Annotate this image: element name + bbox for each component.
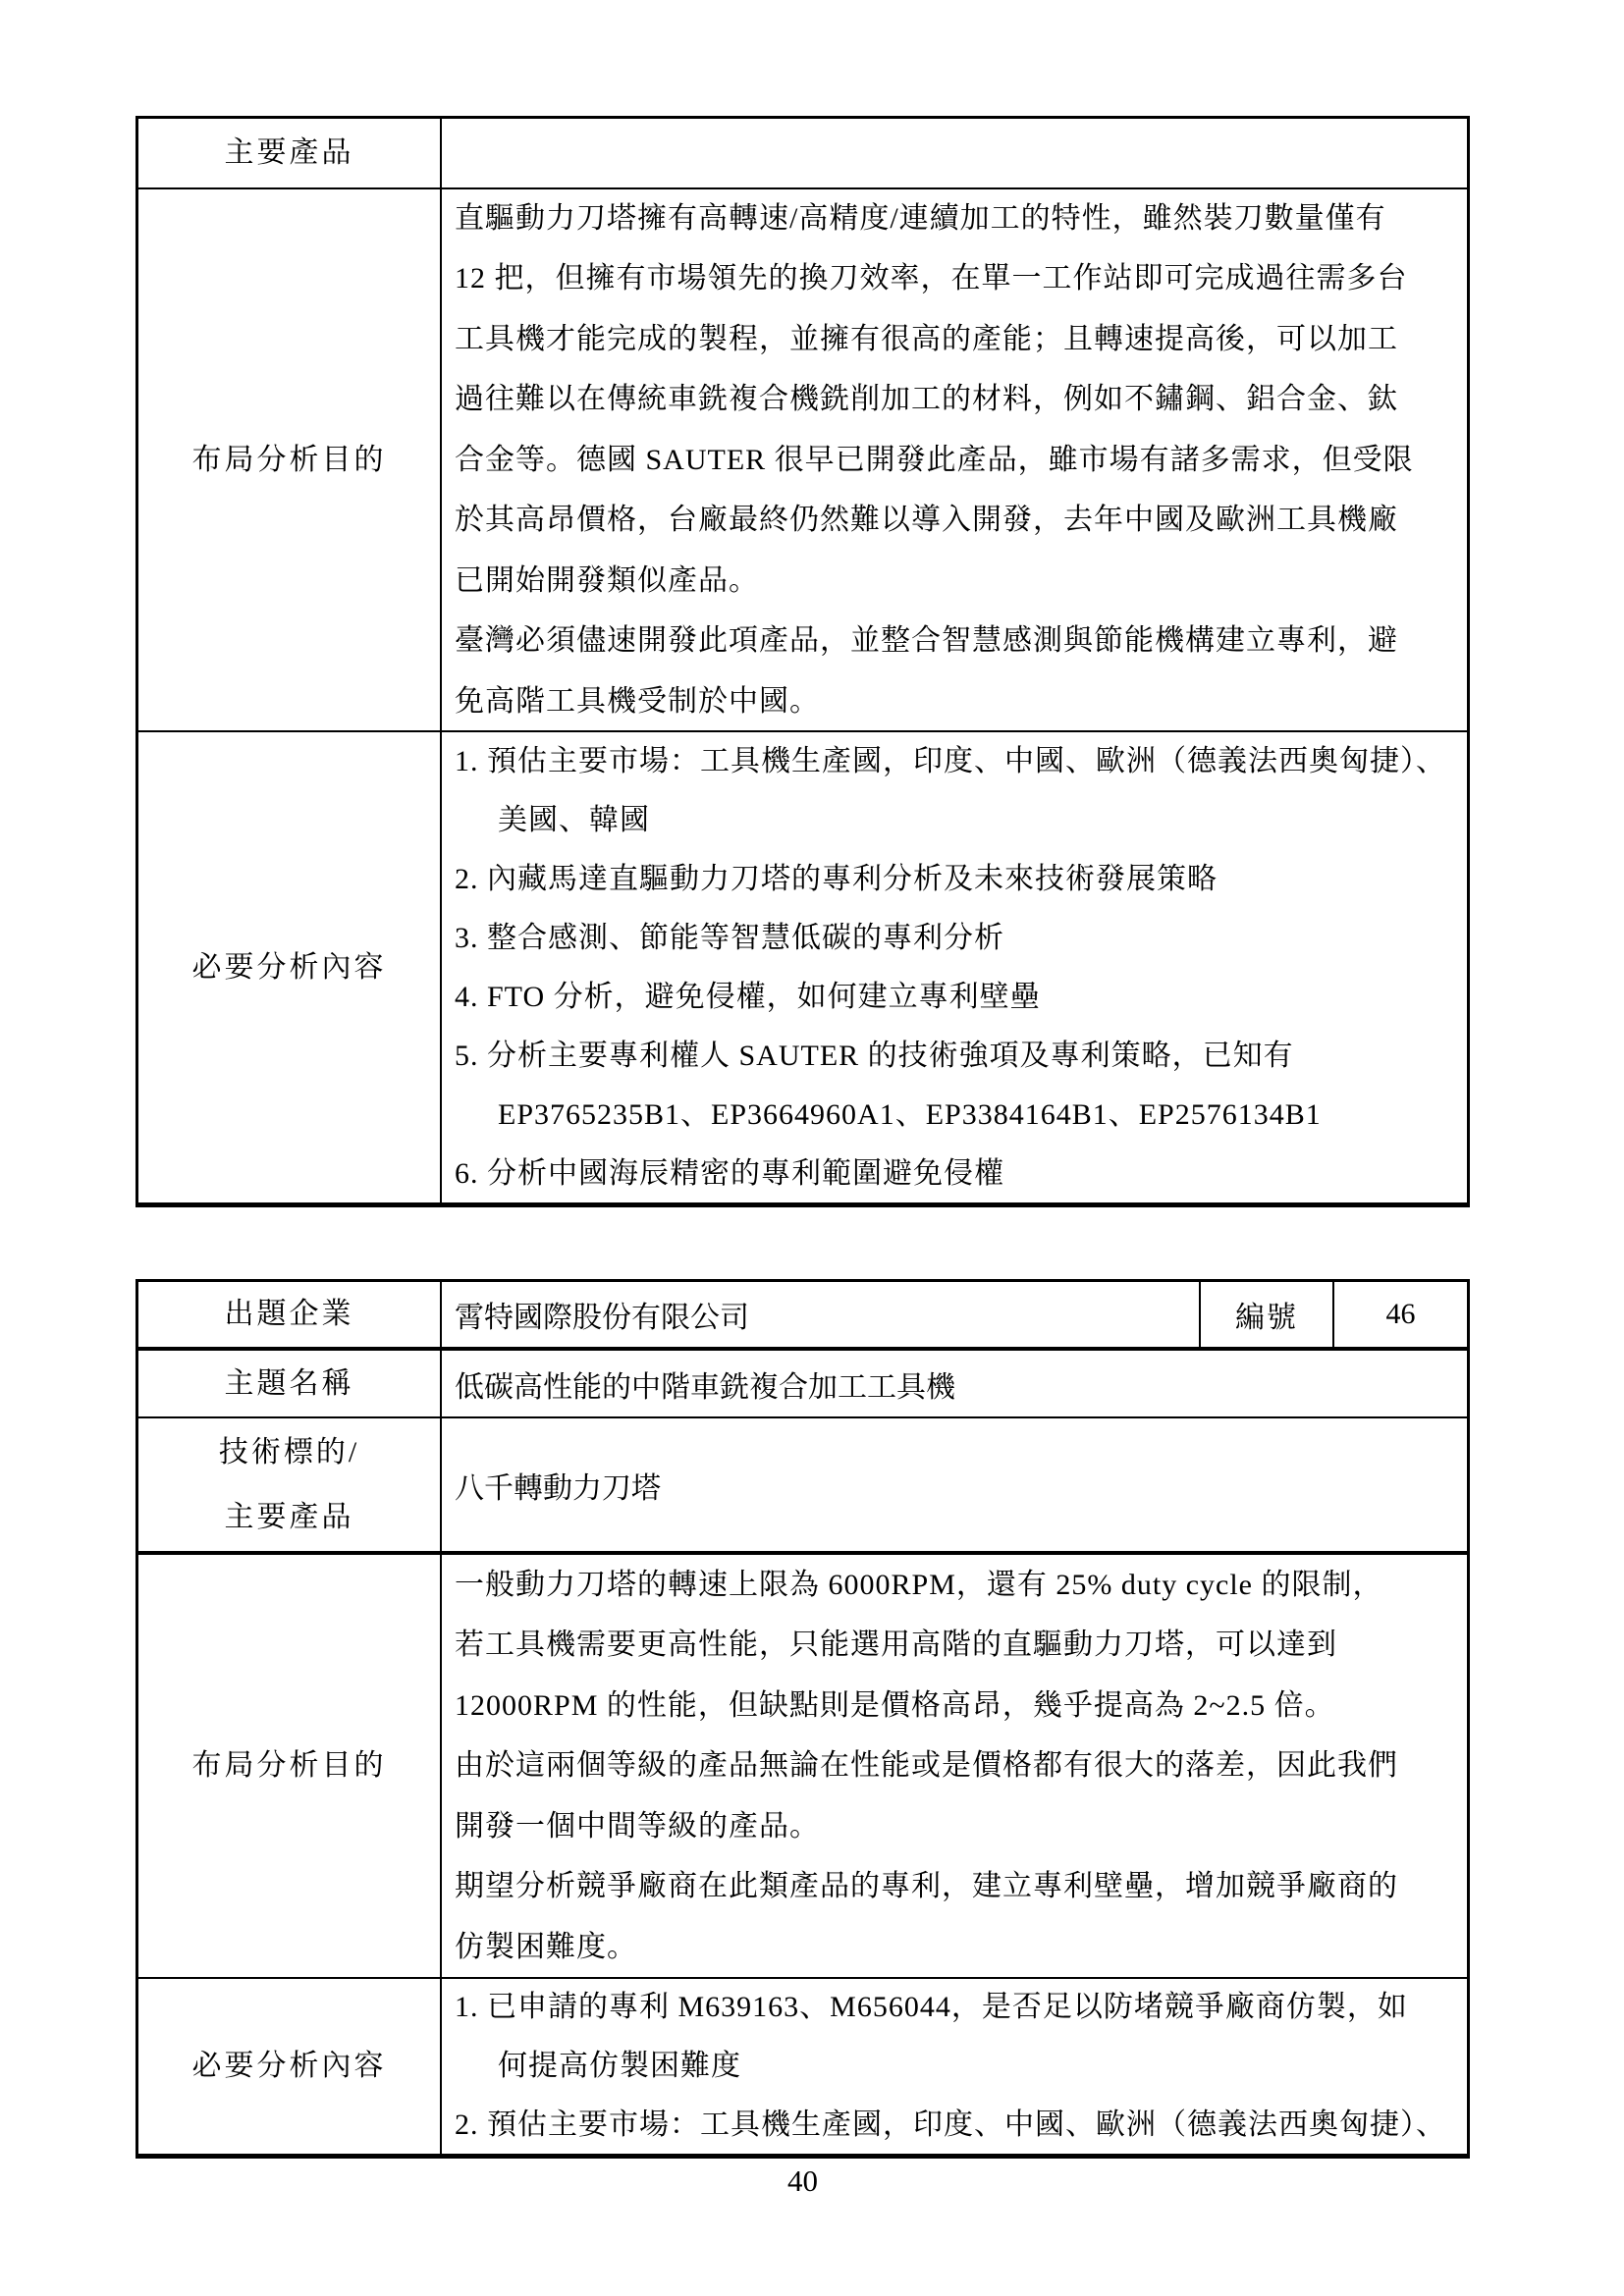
row-content-layout-purpose-2: 一般動力刀塔的轉速上限為 6000RPM，還有 25% duty cycle 的… bbox=[440, 1555, 1467, 1977]
table-row-layout-purpose-2: 布局分析目的 一般動力刀塔的轉速上限為 6000RPM，還有 25% duty … bbox=[138, 1551, 1467, 1977]
list-item: 2. 內藏馬達直驅動力刀塔的專利分析及未來技術發展策略 bbox=[455, 850, 1451, 909]
text-line: 過往難以在傳統車銑複合機銑削加工的材料，例如不鏽鋼、鋁合金、鈦 bbox=[455, 369, 1451, 430]
row-label-layout-purpose-2: 布局分析目的 bbox=[138, 1555, 440, 1977]
table-row-required-analysis: 必要分析內容 1. 預估主要市場：工具機生產國，印度、中國、歐洲（德義法西奧匈捷… bbox=[138, 730, 1467, 1202]
text-line: 工具機才能完成的製程，並擁有很高的產能；且轉速提高後，可以加工 bbox=[455, 309, 1451, 370]
list-item: 1. 已申請的專利 M639163、M656044，是否足以防堵競爭廠商仿製，如 bbox=[455, 1978, 1451, 2037]
text-line: 若工具機需要更高性能，只能選用高階的直驅動力刀塔，可以達到 bbox=[455, 1615, 1451, 1676]
page-number: 40 bbox=[135, 2163, 1470, 2199]
table-analysis-topic-46: 出題企業 霄特國際股份有限公司 編號 46 主題名稱 低碳高性能的中階車銑複合加… bbox=[135, 1279, 1470, 2159]
table-analysis-topic-45: 主要產品 布局分析目的 直驅動力刀塔擁有高轉速/高精度/連續加工的特性，雖然裝刀… bbox=[135, 116, 1470, 1207]
row-content-main-product bbox=[440, 119, 1467, 187]
list-item-continuation: 何提高仿製困難度 bbox=[455, 2037, 1451, 2096]
text-line: 開發一個中間等級的產品。 bbox=[455, 1796, 1451, 1857]
table-row-company: 出題企業 霄特國際股份有限公司 編號 46 bbox=[138, 1282, 1467, 1347]
table-row-theme: 主題名稱 低碳高性能的中階車銑複合加工工具機 bbox=[138, 1347, 1467, 1416]
serial-number-value: 46 bbox=[1332, 1282, 1467, 1347]
text-line: 臺灣必須儘速開發此項產品，並整合智慧感測與節能機構建立專利，避 bbox=[455, 611, 1451, 671]
text-line: 由於這兩個等級的產品無論在性能或是價格都有很大的落差，因此我們 bbox=[455, 1735, 1451, 1796]
list-item: 2. 預估主要市場：工具機生產國，印度、中國、歐洲（德義法西奧匈捷）、 bbox=[455, 2096, 1451, 2155]
text-line: 12 把，但擁有市場領先的換刀效率，在單一工作站即可完成過往需多台 bbox=[455, 248, 1451, 309]
list-item: 5. 分析主要專利權人 SAUTER 的技術強項及專利策略，已知有 bbox=[455, 1027, 1451, 1086]
row-content-required-analysis-2: 1. 已申請的專利 M639163、M656044，是否足以防堵競爭廠商仿製，如… bbox=[440, 1979, 1467, 2154]
text-line: 期望分析競爭廠商在此類產品的專利，建立專利壁壘，增加競爭廠商的 bbox=[455, 1856, 1451, 1917]
table-row-required-analysis-2: 必要分析內容 1. 已申請的專利 M639163、M656044，是否足以防堵競… bbox=[138, 1977, 1467, 2154]
row-content-required-analysis: 1. 預估主要市場：工具機生產國，印度、中國、歐洲（德義法西奧匈捷）、 美國、韓… bbox=[440, 732, 1467, 1202]
list-item: 3. 整合感測、節能等智慧低碳的專利分析 bbox=[455, 909, 1451, 968]
row-content-layout-purpose: 直驅動力刀塔擁有高轉速/高精度/連續加工的特性，雖然裝刀數量僅有 12 把，但擁… bbox=[440, 189, 1467, 730]
row-label-line: 技術標的/ bbox=[219, 1420, 359, 1485]
text-line: 合金等。德國 SAUTER 很早已開發此產品，雖市場有諸多需求，但受限 bbox=[455, 430, 1451, 491]
row-label-required-analysis: 必要分析內容 bbox=[138, 732, 440, 1202]
row-label-layout-purpose: 布局分析目的 bbox=[138, 189, 440, 730]
list-item: 1. 預估主要市場：工具機生產國，印度、中國、歐洲（德義法西奧匈捷）、 bbox=[455, 732, 1451, 791]
list-item: 4. FTO 分析，避免侵權，如何建立專利壁壘 bbox=[455, 968, 1451, 1027]
row-label-company: 出題企業 bbox=[138, 1282, 440, 1347]
row-label-required-analysis-2: 必要分析內容 bbox=[138, 1979, 440, 2154]
row-label-main-product: 主要產品 bbox=[138, 119, 440, 187]
text-line: 直驅動力刀塔擁有高轉速/高精度/連續加工的特性，雖然裝刀數量僅有 bbox=[455, 188, 1451, 249]
text-line: 12000RPM 的性能，但缺點則是價格高昂，幾乎提高為 2~2.5 倍。 bbox=[455, 1676, 1451, 1736]
table-row-tech-target: 技術標的/ 主要產品 八千轉動力刀塔 bbox=[138, 1416, 1467, 1551]
row-label-tech-target: 技術標的/ 主要產品 bbox=[138, 1418, 440, 1551]
text-line: 一般動力刀塔的轉速上限為 6000RPM，還有 25% duty cycle 的… bbox=[455, 1555, 1451, 1616]
row-label-line: 主要產品 bbox=[225, 1485, 354, 1550]
text-line: 已開始開發類似產品。 bbox=[455, 551, 1451, 612]
text-line: 免高階工具機受制於中國。 bbox=[455, 671, 1451, 732]
text-line: 於其高昂價格，台廠最終仍然難以導入開發，去年中國及歐洲工具機廠 bbox=[455, 490, 1451, 551]
list-item: 6. 分析中國海辰精密的專利範圍避免侵權 bbox=[455, 1145, 1451, 1203]
theme-name: 低碳高性能的中階車銑複合加工工具機 bbox=[440, 1351, 1467, 1416]
tech-target-product: 八千轉動力刀塔 bbox=[440, 1418, 1467, 1551]
company-name: 霄特國際股份有限公司 bbox=[440, 1282, 1199, 1347]
list-item-continuation: 美國、韓國 bbox=[455, 791, 1451, 850]
row-label-theme: 主題名稱 bbox=[138, 1351, 440, 1416]
table-row-layout-purpose: 布局分析目的 直驅動力刀塔擁有高轉速/高精度/連續加工的特性，雖然裝刀數量僅有 … bbox=[138, 187, 1467, 730]
text-line: 仿製困難度。 bbox=[455, 1917, 1451, 1978]
table-row-main-product: 主要產品 bbox=[138, 119, 1467, 187]
list-item-continuation-patents: EP3765235B1、EP3664960A1、EP3384164B1、EP25… bbox=[455, 1086, 1451, 1145]
serial-number-label: 編號 bbox=[1199, 1282, 1332, 1347]
